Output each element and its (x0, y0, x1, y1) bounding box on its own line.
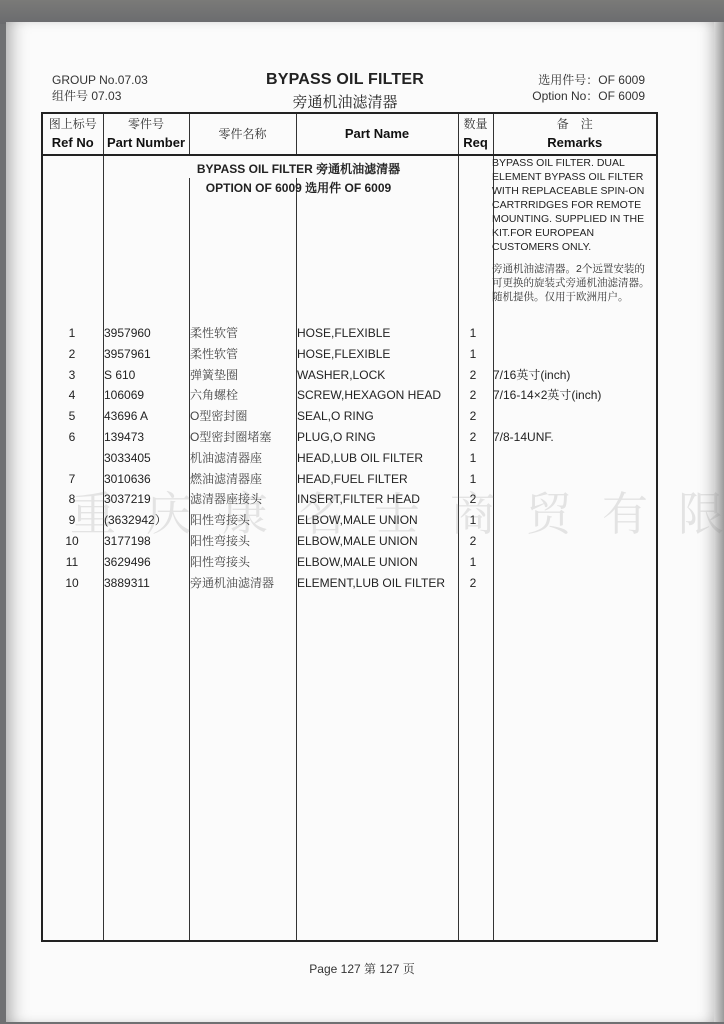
cell-name-zh: 滤清器座接头 (190, 489, 262, 509)
cell-part-number: 3033405 (104, 448, 151, 468)
cell-qty: 1 (457, 469, 489, 489)
cell-qty: 2 (457, 385, 489, 405)
cell-part-number: 3957961 (104, 344, 151, 364)
cell-qty: 1 (457, 323, 489, 343)
option-title-line1: BYPASS OIL FILTER 旁通机油滤清器 (102, 160, 495, 179)
page-title-en: BYPASS OIL FILTER (230, 71, 460, 89)
cell-remarks: 7/16-14×2英寸(inch) (493, 385, 601, 405)
cell-part-number: 3037219 (104, 489, 151, 509)
option-title-line2: OPTION OF 6009 选用件 OF 6009 (102, 179, 495, 198)
table-row: 103889311旁通机油滤清器ELEMENT,LUB OIL FILTER2 (43, 573, 655, 594)
col-header-part-name: Part Name (296, 113, 458, 155)
cell-ref-no: 10 (43, 531, 101, 551)
cell-part-number: 3010636 (104, 469, 151, 489)
page-title-zh: 旁通机油滤清器 (230, 91, 460, 112)
cell-name-zh: O型密封圈堵塞 (190, 427, 271, 447)
option-number-en: Option No：OF 6009 (500, 88, 645, 104)
cell-name-zh: 柔性软管 (190, 323, 238, 343)
option-title: BYPASS OIL FILTER 旁通机油滤清器 OPTION OF 6009… (102, 160, 495, 198)
cell-qty: 1 (457, 448, 489, 468)
table-row: 543696 AO型密封圈SEAL,O RING2 (43, 406, 655, 427)
group-number-zh: 组件号 07.03 (52, 88, 148, 104)
option-number: 选用件号：OF 6009 Option No：OF 6009 (500, 72, 645, 104)
cell-part-number: 139473 (104, 427, 144, 447)
cell-qty: 1 (457, 510, 489, 530)
cell-part-name: WASHER,LOCK (297, 365, 385, 385)
cell-part-name: ELEMENT,LUB OIL FILTER (297, 573, 445, 593)
cell-part-name: ELBOW,MALE UNION (297, 510, 418, 530)
cell-ref-no: 4 (43, 385, 101, 405)
cell-qty: 1 (457, 344, 489, 364)
cell-part-number: 106069 (104, 385, 144, 405)
table-row: 3033405机油滤清器座HEAD,LUB OIL FILTER1 (43, 448, 655, 469)
table-row: 113629496阳性弯接头ELBOW,MALE UNION1 (43, 552, 655, 573)
option-number-zh: 选用件号：OF 6009 (500, 72, 645, 88)
col-header-remarks-zh: 备 注 (494, 115, 657, 133)
cell-qty: 2 (457, 427, 489, 447)
option-remarks-zh: 旁通机油滤清器。2个远置安装的可更换的旋装式旁通机油滤清器。随机提供。仅用于欧洲… (492, 262, 655, 304)
cell-part-name: PLUG,O RING (297, 427, 376, 447)
col-header-part-name-label: Part Name (297, 114, 458, 154)
cell-part-number: 3889311 (104, 573, 150, 593)
page-number: Page 127 第 127 页 (0, 960, 724, 977)
cell-part-name: ELBOW,MALE UNION (297, 552, 418, 572)
cell-name-zh: 弹簧垫圈 (190, 365, 238, 385)
cell-part-number: (3632942） (104, 510, 167, 530)
table-row: 4106069六角螺栓SCREW,HEXAGON HEAD27/16-14×2英… (43, 385, 655, 406)
cell-remarks: 7/16英寸(inch) (493, 365, 570, 385)
col-header-ref-no-en: Ref No (43, 133, 103, 153)
cell-part-number: 43696 A (104, 406, 148, 426)
cell-ref-no: 2 (43, 344, 101, 364)
col-header-name-zh: 零件名称 (189, 113, 296, 155)
cell-ref-no: 8 (43, 489, 101, 509)
col-header-remarks: 备 注 Remarks (493, 113, 657, 155)
cell-part-name: HOSE,FLEXIBLE (297, 344, 390, 364)
parts-rows: 13957960柔性软管HOSE,FLEXIBLE123957961柔性软管HO… (43, 323, 655, 593)
col-header-ref-no-zh: 图上标号 (43, 115, 103, 133)
table-row: 13957960柔性软管HOSE,FLEXIBLE1 (43, 323, 655, 344)
cell-ref-no: 11 (43, 552, 101, 572)
cell-qty: 1 (457, 552, 489, 572)
table-row: 6139473O型密封圈堵塞PLUG,O RING27/8-14UNF. (43, 427, 655, 448)
table-row: 3S 610弹簧垫圈WASHER,LOCK27/16英寸(inch) (43, 365, 655, 386)
cell-part-number: S 610 (104, 365, 135, 385)
table-row: 103177198阳性弯接头ELBOW,MALE UNION2 (43, 531, 655, 552)
cell-ref-no: 6 (43, 427, 101, 447)
page-title: BYPASS OIL FILTER 旁通机油滤清器 (230, 71, 460, 112)
cell-ref-no: 7 (43, 469, 101, 489)
cell-part-name: HEAD,FUEL FILTER (297, 469, 408, 489)
col-header-req-en: Req (459, 133, 493, 153)
col-header-ref-no: 图上标号 Ref No (42, 113, 103, 155)
cell-remarks: 7/8-14UNF. (493, 427, 554, 447)
cell-qty: 2 (457, 365, 489, 385)
cell-name-zh: 柔性软管 (190, 344, 238, 364)
col-header-name-zh-label: 零件名称 (190, 114, 296, 154)
col-header-part-number-zh: 零件号 (104, 115, 189, 133)
col-header-part-number-en: Part Number (104, 133, 189, 153)
cell-name-zh: 旁通机油滤清器 (190, 573, 274, 593)
scan-top-edge (0, 0, 724, 24)
option-remarks: BYPASS OIL FILTER. DUAL ELEMENT BYPASS O… (492, 156, 655, 304)
cell-name-zh: O型密封圈 (190, 406, 247, 426)
cell-name-zh: 阳性弯接头 (190, 531, 250, 551)
table-header-row: 图上标号 Ref No 零件号 Part Number 零件名称 Part Na… (42, 113, 657, 155)
col-header-remarks-en: Remarks (494, 133, 657, 153)
col-header-req: 数量 Req (458, 113, 493, 155)
group-number: GROUP No.07.03 组件号 07.03 (52, 72, 148, 104)
table-row: 9(3632942）阳性弯接头ELBOW,MALE UNION1 (43, 510, 655, 531)
cell-name-zh: 阳性弯接头 (190, 510, 250, 530)
cell-part-name: HEAD,LUB OIL FILTER (297, 448, 423, 468)
cell-name-zh: 燃油滤清器座 (190, 469, 262, 489)
cell-ref-no: 10 (43, 573, 101, 593)
cell-part-name: ELBOW,MALE UNION (297, 531, 418, 551)
col-header-part-number: 零件号 Part Number (103, 113, 189, 155)
page-spine-shadow (714, 22, 724, 1022)
cell-part-number: 3957960 (104, 323, 151, 343)
cell-qty: 2 (457, 573, 489, 593)
cell-part-number: 3177198 (104, 531, 151, 551)
cell-ref-no: 1 (43, 323, 101, 343)
cell-part-number: 3629496 (104, 552, 151, 572)
cell-qty: 2 (457, 489, 489, 509)
group-number-en: GROUP No.07.03 (52, 72, 148, 88)
option-remarks-en: BYPASS OIL FILTER. DUAL ELEMENT BYPASS O… (492, 156, 655, 254)
cell-name-zh: 阳性弯接头 (190, 552, 250, 572)
table-row: 7 3010636燃油滤清器座HEAD,FUEL FILTER1 (43, 469, 655, 490)
cell-qty: 2 (457, 531, 489, 551)
table-row: 8 3037219滤清器座接头INSERT,FILTER HEAD2 (43, 489, 655, 510)
cell-part-name: SCREW,HEXAGON HEAD (297, 385, 441, 405)
cell-name-zh: 机油滤清器座 (190, 448, 262, 468)
cell-ref-no: 9 (43, 510, 101, 530)
cell-qty: 2 (457, 406, 489, 426)
cell-name-zh: 六角螺栓 (190, 385, 238, 405)
cell-ref-no: 3 (43, 365, 101, 385)
cell-ref-no: 5 (43, 406, 101, 426)
col-header-req-zh: 数量 (459, 115, 493, 133)
cell-part-name: HOSE,FLEXIBLE (297, 323, 390, 343)
cell-part-name: SEAL,O RING (297, 406, 374, 426)
cell-part-name: INSERT,FILTER HEAD (297, 489, 420, 509)
table-row: 23957961柔性软管HOSE,FLEXIBLE1 (43, 344, 655, 365)
